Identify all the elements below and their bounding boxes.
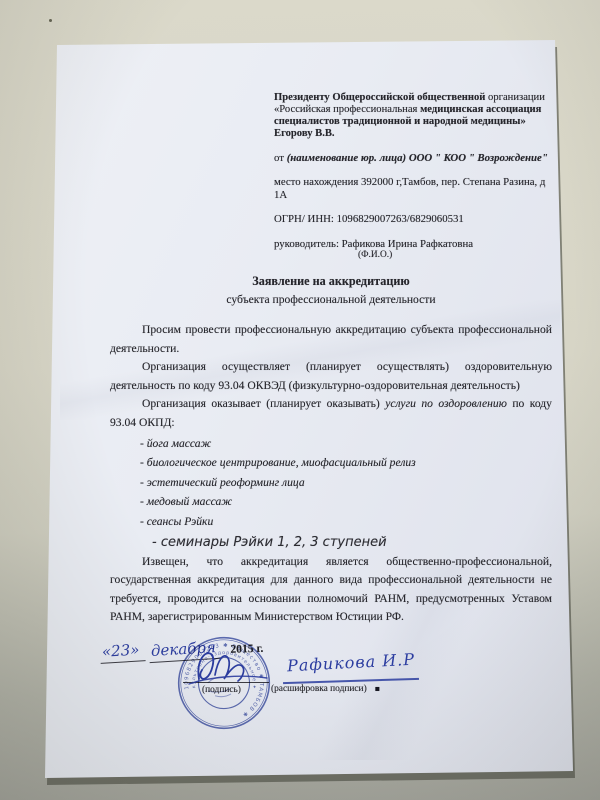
- document-title: Заявление на аккредитацию: [110, 274, 552, 288]
- name-underline: [283, 678, 419, 684]
- document-body: Просим провести профессиональную аккреди…: [110, 321, 552, 627]
- address-line: место нахождения 392000 г,Тамбов, пер. С…: [274, 176, 558, 202]
- paragraph-services-intro: Организация оказывает (планирует оказыва…: [110, 395, 552, 432]
- service-item: - эстетический реоформинг лица: [140, 473, 552, 493]
- document-subtitle: субъекта профессиональной деятельности: [110, 293, 552, 306]
- service-item: - биологическое центрирование, миофасциа…: [140, 453, 552, 473]
- recipient-name: Егорову В.В.: [274, 128, 566, 140]
- org-name-part2: медицинская ассоциация: [420, 104, 541, 115]
- square-mark: ▪: [375, 684, 380, 693]
- from-line: от (наименование юр. лица) ООО " КОО " В…: [274, 152, 566, 164]
- service-item-seminars: - семинары Рэйки 1, 2, 3 ступеней: [152, 532, 552, 553]
- fio-form-label: (Ф.И.О.): [358, 250, 566, 261]
- from-form-label: (наименование юр. лица): [287, 152, 409, 164]
- handwritten-day: «23»: [99, 640, 146, 664]
- letter-header-block: Президенту Общероссийской общественной о…: [274, 92, 566, 261]
- name-form-label: (расшифровка подписи): [271, 684, 367, 694]
- services-list: - йога массаж - биологическое центрирова…: [140, 434, 552, 553]
- service-item: - йога массаж: [140, 434, 552, 454]
- director-line: руководитель: Рафикова Ирина Рафкатовна: [274, 238, 566, 250]
- recipient-title-bold: Президенту Общероссийской общественной: [274, 92, 485, 103]
- service-item: - сеансы Рэйки: [140, 512, 552, 532]
- background-speck: [49, 19, 52, 22]
- paragraph-notice: Извещен, что аккредитация является общес…: [110, 553, 552, 627]
- from-prefix: от: [274, 152, 287, 164]
- recipient-line: специалистов традиционной и народной мед…: [274, 116, 566, 128]
- ogrn-inn-line: ОГРН/ ИНН: 1096829007263/6829060531: [274, 213, 566, 225]
- document-paper: Президенту Общероссийской общественной о…: [0, 0, 600, 800]
- org-name-part1: «Российская профессиональная: [274, 104, 420, 115]
- services-intro-italic: услуги по оздоровлению: [385, 397, 507, 410]
- recipient-line: «Российская профессиональная медицинская…: [274, 104, 566, 116]
- handwritten-name: Рафикова И.Р: [287, 650, 416, 676]
- services-intro-start: Организация оказывает (планирует оказыва…: [142, 397, 385, 410]
- recipient-title-regular: организации: [485, 92, 545, 103]
- company-name: ООО " КОО " Возрождение": [409, 152, 548, 164]
- handwritten-signature: [183, 645, 271, 687]
- recipient-line: Президенту Общероссийской общественной о…: [274, 92, 566, 104]
- photo-of-document: Президенту Общероссийской общественной о…: [0, 0, 600, 800]
- document-title-block: Заявление на аккредитацию субъекта профе…: [110, 274, 552, 306]
- name-form-label-row: (расшифровка подписи)▪: [271, 684, 380, 694]
- paragraph-activity: Организация осуществляет (планирует осущ…: [110, 358, 552, 395]
- service-item: - медовый массаж: [140, 492, 552, 512]
- paragraph-request: Просим провести профессиональную аккреди…: [110, 321, 552, 358]
